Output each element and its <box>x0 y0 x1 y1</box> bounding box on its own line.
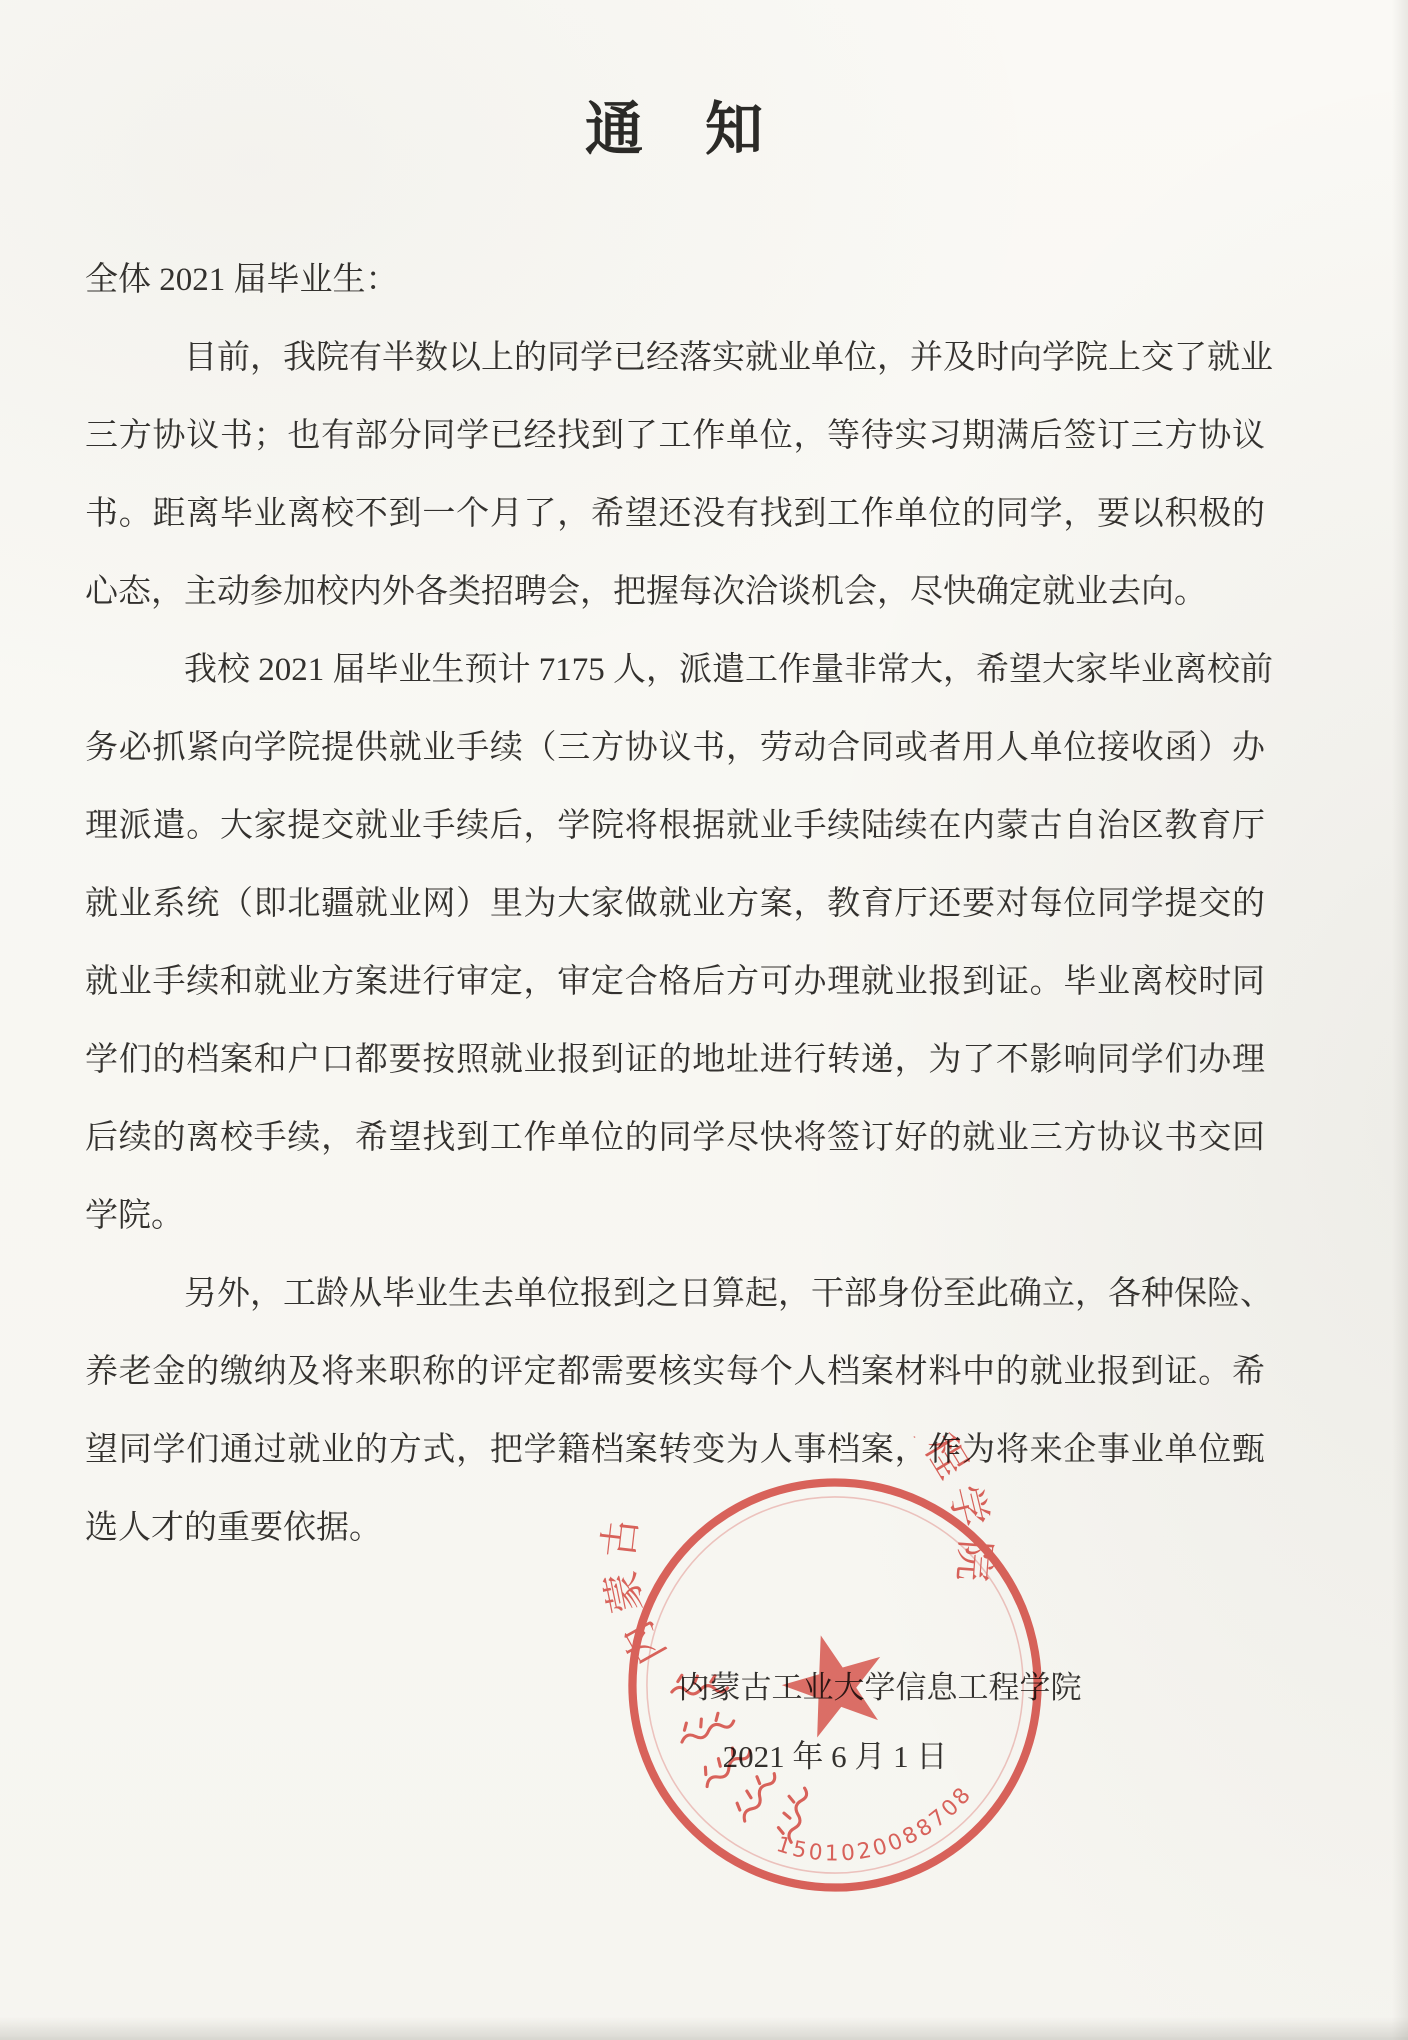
notice-line: 目前，我院有半数以上的同学已经落实就业单位，并及时向学院上交了就业 <box>85 319 1265 397</box>
notice-line: 望同学们通过就业的方式，把学籍档案转变为人事档案，作为将来企事业单位甄 <box>85 1411 1265 1489</box>
seal-mongolian-script <box>663 1648 823 1866</box>
notice-line: 务必抓紧向学院提供就业手续（三方协议书，劳动合同或者用人单位接收函）办 <box>85 709 1265 787</box>
notice-line: 就业手续和就业方案进行审定，审定合格后方可办理就业报到证。毕业离校时同 <box>85 943 1265 1021</box>
notice-line: 三方协议书；也有部分同学已经找到了工作单位，等待实习期满后签订三方协议 <box>85 397 1265 475</box>
notice-line: 学院。 <box>85 1177 1265 1255</box>
scan-edge-bottom <box>0 2017 1408 2040</box>
notice-line: 我校 2021 届毕业生预计 7175 人，派遣工作量非常大，希望大家毕业离校前 <box>85 631 1265 709</box>
document-content: 通 知 全体 2021 届毕业生： 目前，我院有半数以上的同学已经落实就业单位，… <box>85 0 1265 1567</box>
notice-line: 养老金的缴纳及将来职称的评定都需要核实每个人档案材料中的就业报到证。希 <box>85 1333 1265 1411</box>
scan-edge-right <box>1392 0 1408 2040</box>
notice-line: 就业系统（即北疆就业网）里为大家做就业方案，教育厅还要对每位同学提交的 <box>85 865 1265 943</box>
notice-line: 另外，工龄从毕业生去单位报到之日算起，干部身份至此确立，各种保险、 <box>85 1255 1265 1333</box>
notice-paragraph: 目前，我院有半数以上的同学已经落实就业单位，并及时向学院上交了就业三方协议书；也… <box>85 319 1265 631</box>
seal-serial-number: 1501020088708 <box>768 1777 988 1889</box>
notice-line: 理派遣。大家提交就业手续后，学院将根据就业手续陆续在内蒙古自治区教育厅 <box>85 787 1265 865</box>
seal-star <box>772 1621 897 1743</box>
notice-body: 全体 2021 届毕业生： 目前，我院有半数以上的同学已经落实就业单位，并及时向… <box>85 241 1265 1567</box>
notice-line: 后续的离校手续，希望找到工作单位的同学尽快将签订好的就业三方协议书交回 <box>85 1099 1265 1177</box>
notice-line: 书。距离毕业离校不到一个月了，希望还没有找到工作单位的同学，要以积极的 <box>85 475 1265 553</box>
seal-serial-holder: 1501020088708 <box>768 1777 988 1889</box>
notice-line: 学们的档案和户口都要按照就业报到证的地址进行转递，为了不影响同学们办理 <box>85 1021 1265 1099</box>
notice-paragraphs: 目前，我院有半数以上的同学已经落实就业单位，并及时向学院上交了就业三方协议书；也… <box>85 319 1265 1567</box>
salutation: 全体 2021 届毕业生： <box>85 241 1265 319</box>
notice-line: 心态，主动参加校内外各类招聘会，把握每次洽谈机会，尽快确定就业去向。 <box>85 553 1265 631</box>
notice-document: 通 知 全体 2021 届毕业生： 目前，我院有半数以上的同学已经落实就业单位，… <box>0 0 1408 2040</box>
notice-title: 通 知 <box>85 95 1265 165</box>
notice-paragraph: 我校 2021 届毕业生预计 7175 人，派遣工作量非常大，希望大家毕业离校前… <box>85 631 1265 1255</box>
